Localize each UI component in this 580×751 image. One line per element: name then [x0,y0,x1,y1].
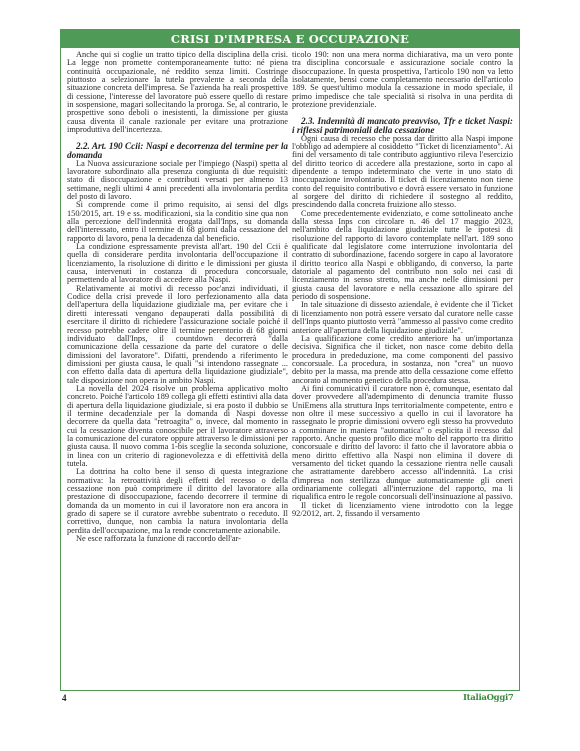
paragraph: La qualificazione come credito anteriore… [292,335,513,385]
section-heading-2-3: 2.3. Indennità di mancato preavviso, Tfr… [292,117,513,134]
publication-logo: ItaliaOggi7 [463,693,514,703]
paragraph: La condizione espressamente prevista all… [67,243,288,285]
spacer [67,134,288,138]
paragraph: Relativamente ai motivi di recesso poc'a… [67,285,288,385]
section-heading-2-2: 2.2. Art. 190 Ccii: Naspi e decorrenza d… [67,142,288,159]
section-banner: CRISI D'IMPRESA E OCCUPAZIONE [61,30,519,48]
paragraph: Ne esce rafforzata la funzione di raccor… [67,535,288,543]
paragraph: ticolo 190: non una mera norma dichiarat… [292,51,513,109]
article-box: CRISI D'IMPRESA E OCCUPAZIONE Anche qui … [60,29,520,691]
paragraph: La novella del 2024 risolve un problema … [67,385,288,468]
paragraph: Il ticket di licenziamento viene introdo… [292,502,513,519]
paragraph: La Nuova assicurazione sociale per l'imp… [67,160,288,202]
paragraph: Ogni causa di recesso che possa dar diri… [292,135,513,210]
spacer [292,109,513,113]
paragraph: Ai fini comunicativi il curatore non è, … [292,385,513,502]
paragraph: Si comprende come il primo requisito, ai… [67,201,288,243]
paragraph: La dottrina ha colto bene il senso di qu… [67,468,288,535]
left-column: Anche qui si coglie un tratto tipico del… [67,51,288,688]
article-columns: Anche qui si coglie un tratto tipico del… [67,51,513,688]
right-column: ticolo 190: non una mera norma dichiarat… [292,51,513,688]
paragraph: Come precedentemente evidenziato, e come… [292,210,513,302]
paragraph: In tale situazione di dissesto aziendale… [292,301,513,334]
paragraph: Anche qui si coglie un tratto tipico del… [67,51,288,134]
page-number: 4 [62,693,67,703]
